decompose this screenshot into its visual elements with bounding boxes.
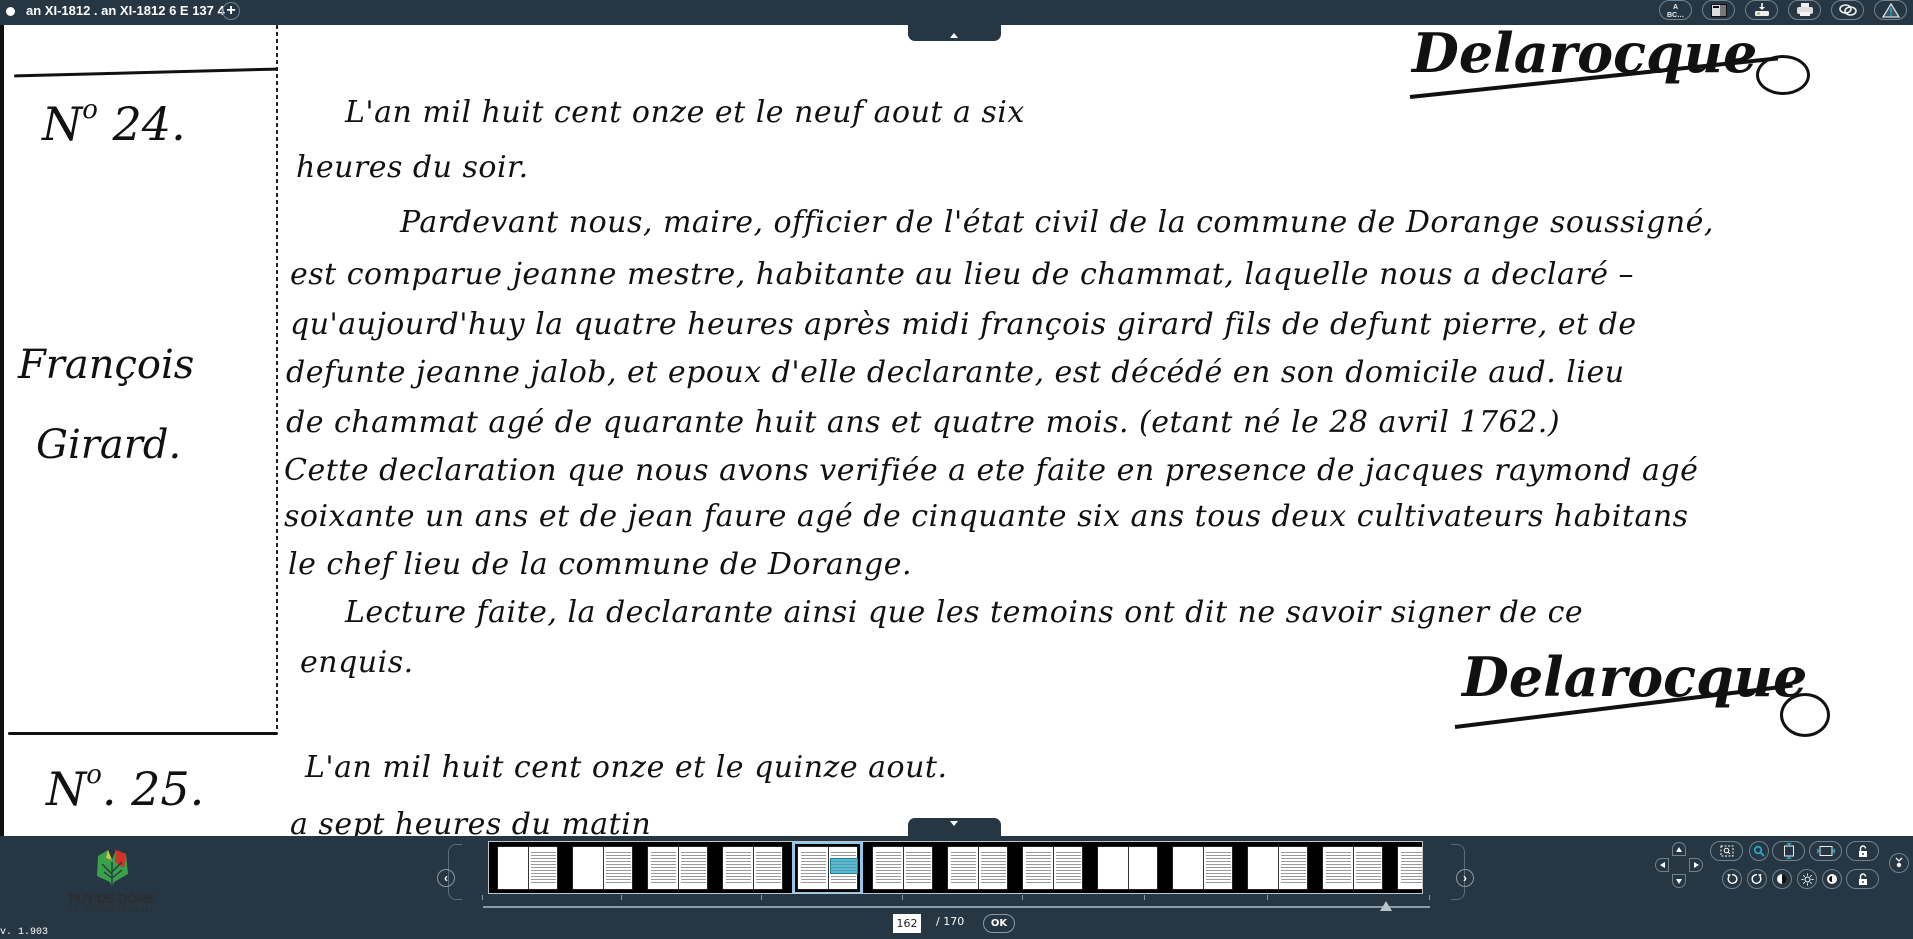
pan-left-button[interactable] (1655, 858, 1669, 872)
unlock-icon (1858, 845, 1868, 858)
thumbnail-text (756, 851, 781, 885)
transcription-button[interactable]: ABC… (1659, 0, 1692, 20)
pan-up-button[interactable] (1672, 842, 1686, 856)
page-slider-track[interactable] (483, 906, 1430, 908)
abc-icon: ABC… (1665, 2, 1687, 18)
thumbnail[interactable] (1097, 846, 1158, 890)
logo-line-1: PUY-DE-DÔME (64, 892, 160, 905)
thumbnail-text (651, 851, 676, 885)
thumbnail-text (1056, 851, 1081, 885)
fit-width-button[interactable] (1809, 841, 1842, 861)
thumbnail-text (1281, 851, 1306, 885)
thumbnail[interactable] (572, 846, 633, 890)
text-line: soixante un ans et de jean faure agé de … (284, 499, 1689, 534)
zoom-button[interactable] (1749, 841, 1769, 861)
thumbnail-text (981, 851, 1006, 885)
thumbnail[interactable] (872, 846, 933, 890)
download-button[interactable] (1745, 0, 1778, 20)
thumbnail-spine (903, 847, 904, 889)
report-problem-button[interactable] (1874, 0, 1907, 20)
rotate-right-button[interactable] (1747, 869, 1767, 889)
department-logo: PUY-DE-DÔME LE DÉPARTEMENT (64, 848, 160, 914)
page-total: / 170 (936, 915, 964, 928)
svg-text:BC…: BC… (1667, 12, 1684, 18)
logo-line-2: LE DÉPARTEMENT (64, 905, 160, 914)
contrast-button[interactable] (1772, 869, 1792, 889)
arrow-down-icon (1676, 879, 1682, 884)
thumbnail-text (801, 851, 826, 885)
thumbnail[interactable] (1022, 846, 1083, 890)
entry-number-25: No. 25. (46, 760, 204, 816)
thumbnail[interactable] (1397, 846, 1423, 890)
fit-height-button[interactable] (1772, 841, 1805, 861)
document-title: an XI-1812 . an XI-1812 6 E 137 4 (26, 3, 225, 18)
top-bar: an XI-1812 . an XI-1812 6 E 137 4 + ABC… (0, 0, 1913, 25)
margin-name-last: Girard. (36, 425, 181, 465)
zoom-selection-button[interactable] (1710, 841, 1743, 861)
page-slider-thumb[interactable] (1380, 901, 1392, 911)
slider-tick (482, 895, 483, 900)
thumbnail-spine (1278, 847, 1279, 889)
entry-separator (14, 68, 278, 78)
text-line: Cette declaration que nous avons verifié… (284, 453, 1698, 488)
toolbar: ABC… (1659, 0, 1907, 20)
page-edge (0, 25, 4, 836)
thumbnail[interactable] (647, 846, 708, 890)
thumbnail-text (606, 851, 631, 885)
thumbnail-text (876, 851, 901, 885)
svg-text:A: A (1673, 4, 1678, 11)
warning-icon (1882, 3, 1900, 18)
invert-colors-button[interactable] (1822, 869, 1842, 889)
thumbnail-text (681, 851, 706, 885)
viewport-indicator[interactable] (830, 858, 858, 874)
thumbnail-text (1206, 851, 1231, 885)
rotate-right-icon (1751, 873, 1763, 885)
link-button[interactable] (1831, 0, 1864, 20)
thumbnail[interactable] (722, 846, 783, 890)
thumbnail-text (951, 851, 976, 885)
collapse-toolbar-handle[interactable] (908, 25, 1001, 41)
lock-settings-button[interactable] (1846, 869, 1879, 889)
entry-separator (8, 732, 278, 735)
entry-number-24: No 24. (42, 95, 186, 151)
arrow-up-icon (1676, 847, 1682, 852)
thumbnail-spine (1053, 847, 1054, 889)
thumbnail-text (726, 851, 751, 885)
arrow-right-icon (1694, 862, 1699, 868)
contrast-icon (1776, 873, 1788, 885)
text-line: enquis. (300, 645, 414, 680)
prev-thumbnails-button[interactable]: ‹ (437, 869, 455, 887)
thumbnail-spine (753, 847, 754, 889)
thumbnail[interactable] (1247, 846, 1308, 890)
thumbnail-spine (1353, 847, 1354, 889)
leaf-logo-icon (94, 848, 130, 890)
unlock-icon (1858, 873, 1868, 886)
thumbnail-spine (1203, 847, 1204, 889)
status-dot-icon (6, 7, 15, 16)
pan-down-button[interactable] (1672, 874, 1686, 888)
thumbnail[interactable] (947, 846, 1008, 890)
columns-icon (1711, 4, 1727, 17)
margin-divider (276, 25, 278, 731)
thumbnail-spine (603, 847, 604, 889)
text-line: le chef lieu de la commune de Dorange. (288, 547, 912, 582)
signature-loop (1756, 55, 1810, 95)
thumbnail-text (1401, 851, 1423, 885)
brightness-button[interactable] (1797, 869, 1817, 889)
collapse-controls-button[interactable] (1889, 853, 1909, 873)
fit-height-icon (1783, 843, 1795, 859)
arrow-left-icon (1660, 862, 1665, 868)
magnifier-icon (1753, 845, 1765, 857)
brightness-icon (1801, 873, 1814, 886)
slider-tick (1022, 895, 1023, 900)
thumbnail-spine (528, 847, 529, 889)
document-viewer[interactable]: No 24. François Girard. No. 25. Delarocq… (0, 25, 1913, 836)
margin-name-first: François (18, 345, 194, 385)
thumbnail-strip[interactable] (488, 841, 1423, 894)
text-line: Pardevant nous, maire, officier de l'éta… (400, 205, 1714, 240)
thumbnail-text (1326, 851, 1351, 885)
go-to-page-button[interactable]: OK (983, 914, 1015, 933)
thumbnail[interactable] (497, 846, 558, 890)
text-line: de chammat agé de quarante huit ans et q… (286, 405, 1560, 440)
slider-tick (1267, 895, 1268, 900)
thumbnail[interactable] (797, 846, 858, 890)
download-icon (1753, 3, 1771, 17)
slider-tick (761, 895, 762, 900)
slider-tick (902, 895, 903, 900)
invert-icon (1826, 873, 1838, 885)
thumbnail-text (1026, 851, 1051, 885)
text-line: L'an mil huit cent onze et le quinze aou… (305, 750, 948, 785)
slider-tick (621, 895, 622, 900)
text-line: qu'aujourd'huy la quatre heures après mi… (290, 307, 1637, 342)
text-line: L'an mil huit cent onze et le neuf aout … (345, 95, 1025, 130)
thumbnail-spine (1128, 847, 1129, 889)
slider-tick (1144, 895, 1145, 900)
thumbnail-text (1356, 851, 1381, 885)
thumbnail-text (906, 851, 931, 885)
version-label: v. 1.903 (0, 927, 48, 938)
add-tab-button[interactable]: + (222, 2, 240, 20)
zoom-selection-icon (1720, 845, 1734, 857)
lock-zoom-button[interactable] (1846, 841, 1879, 861)
text-line: Lecture faite, la declarante ainsi que l… (345, 595, 1583, 630)
layout-button[interactable] (1702, 0, 1735, 20)
text-line: a sept heures du matin (290, 807, 651, 836)
collapse-footer-handle[interactable] (908, 818, 1001, 836)
thumbnail[interactable] (1322, 846, 1383, 890)
print-icon (1796, 3, 1814, 17)
rotate-left-icon (1726, 873, 1738, 885)
thumbnail-spine (678, 847, 679, 889)
page-number-input[interactable] (893, 914, 921, 933)
print-button[interactable] (1788, 0, 1821, 20)
thumbnail-text (531, 851, 556, 885)
signature-bottom: Delarocque (1462, 645, 1807, 709)
fit-width-icon (1817, 845, 1835, 857)
text-line: heures du soir. (296, 150, 529, 185)
thumbnail-spine (828, 847, 829, 889)
chevron-down-icon (1894, 857, 1904, 869)
text-line: est comparue jeanne mestre, habitante au… (290, 257, 1634, 292)
rotate-left-button[interactable] (1722, 869, 1742, 889)
pan-right-button[interactable] (1689, 858, 1703, 872)
thumbnail[interactable] (1172, 846, 1233, 890)
signature-loop (1780, 693, 1830, 737)
next-thumbnails-button[interactable]: › (1456, 869, 1474, 887)
thumbnail-spine (978, 847, 979, 889)
link-icon (1838, 3, 1858, 17)
text-line: defunte jeanne jalob, et epoux d'elle de… (286, 355, 1625, 390)
slider-tick (1429, 895, 1430, 900)
